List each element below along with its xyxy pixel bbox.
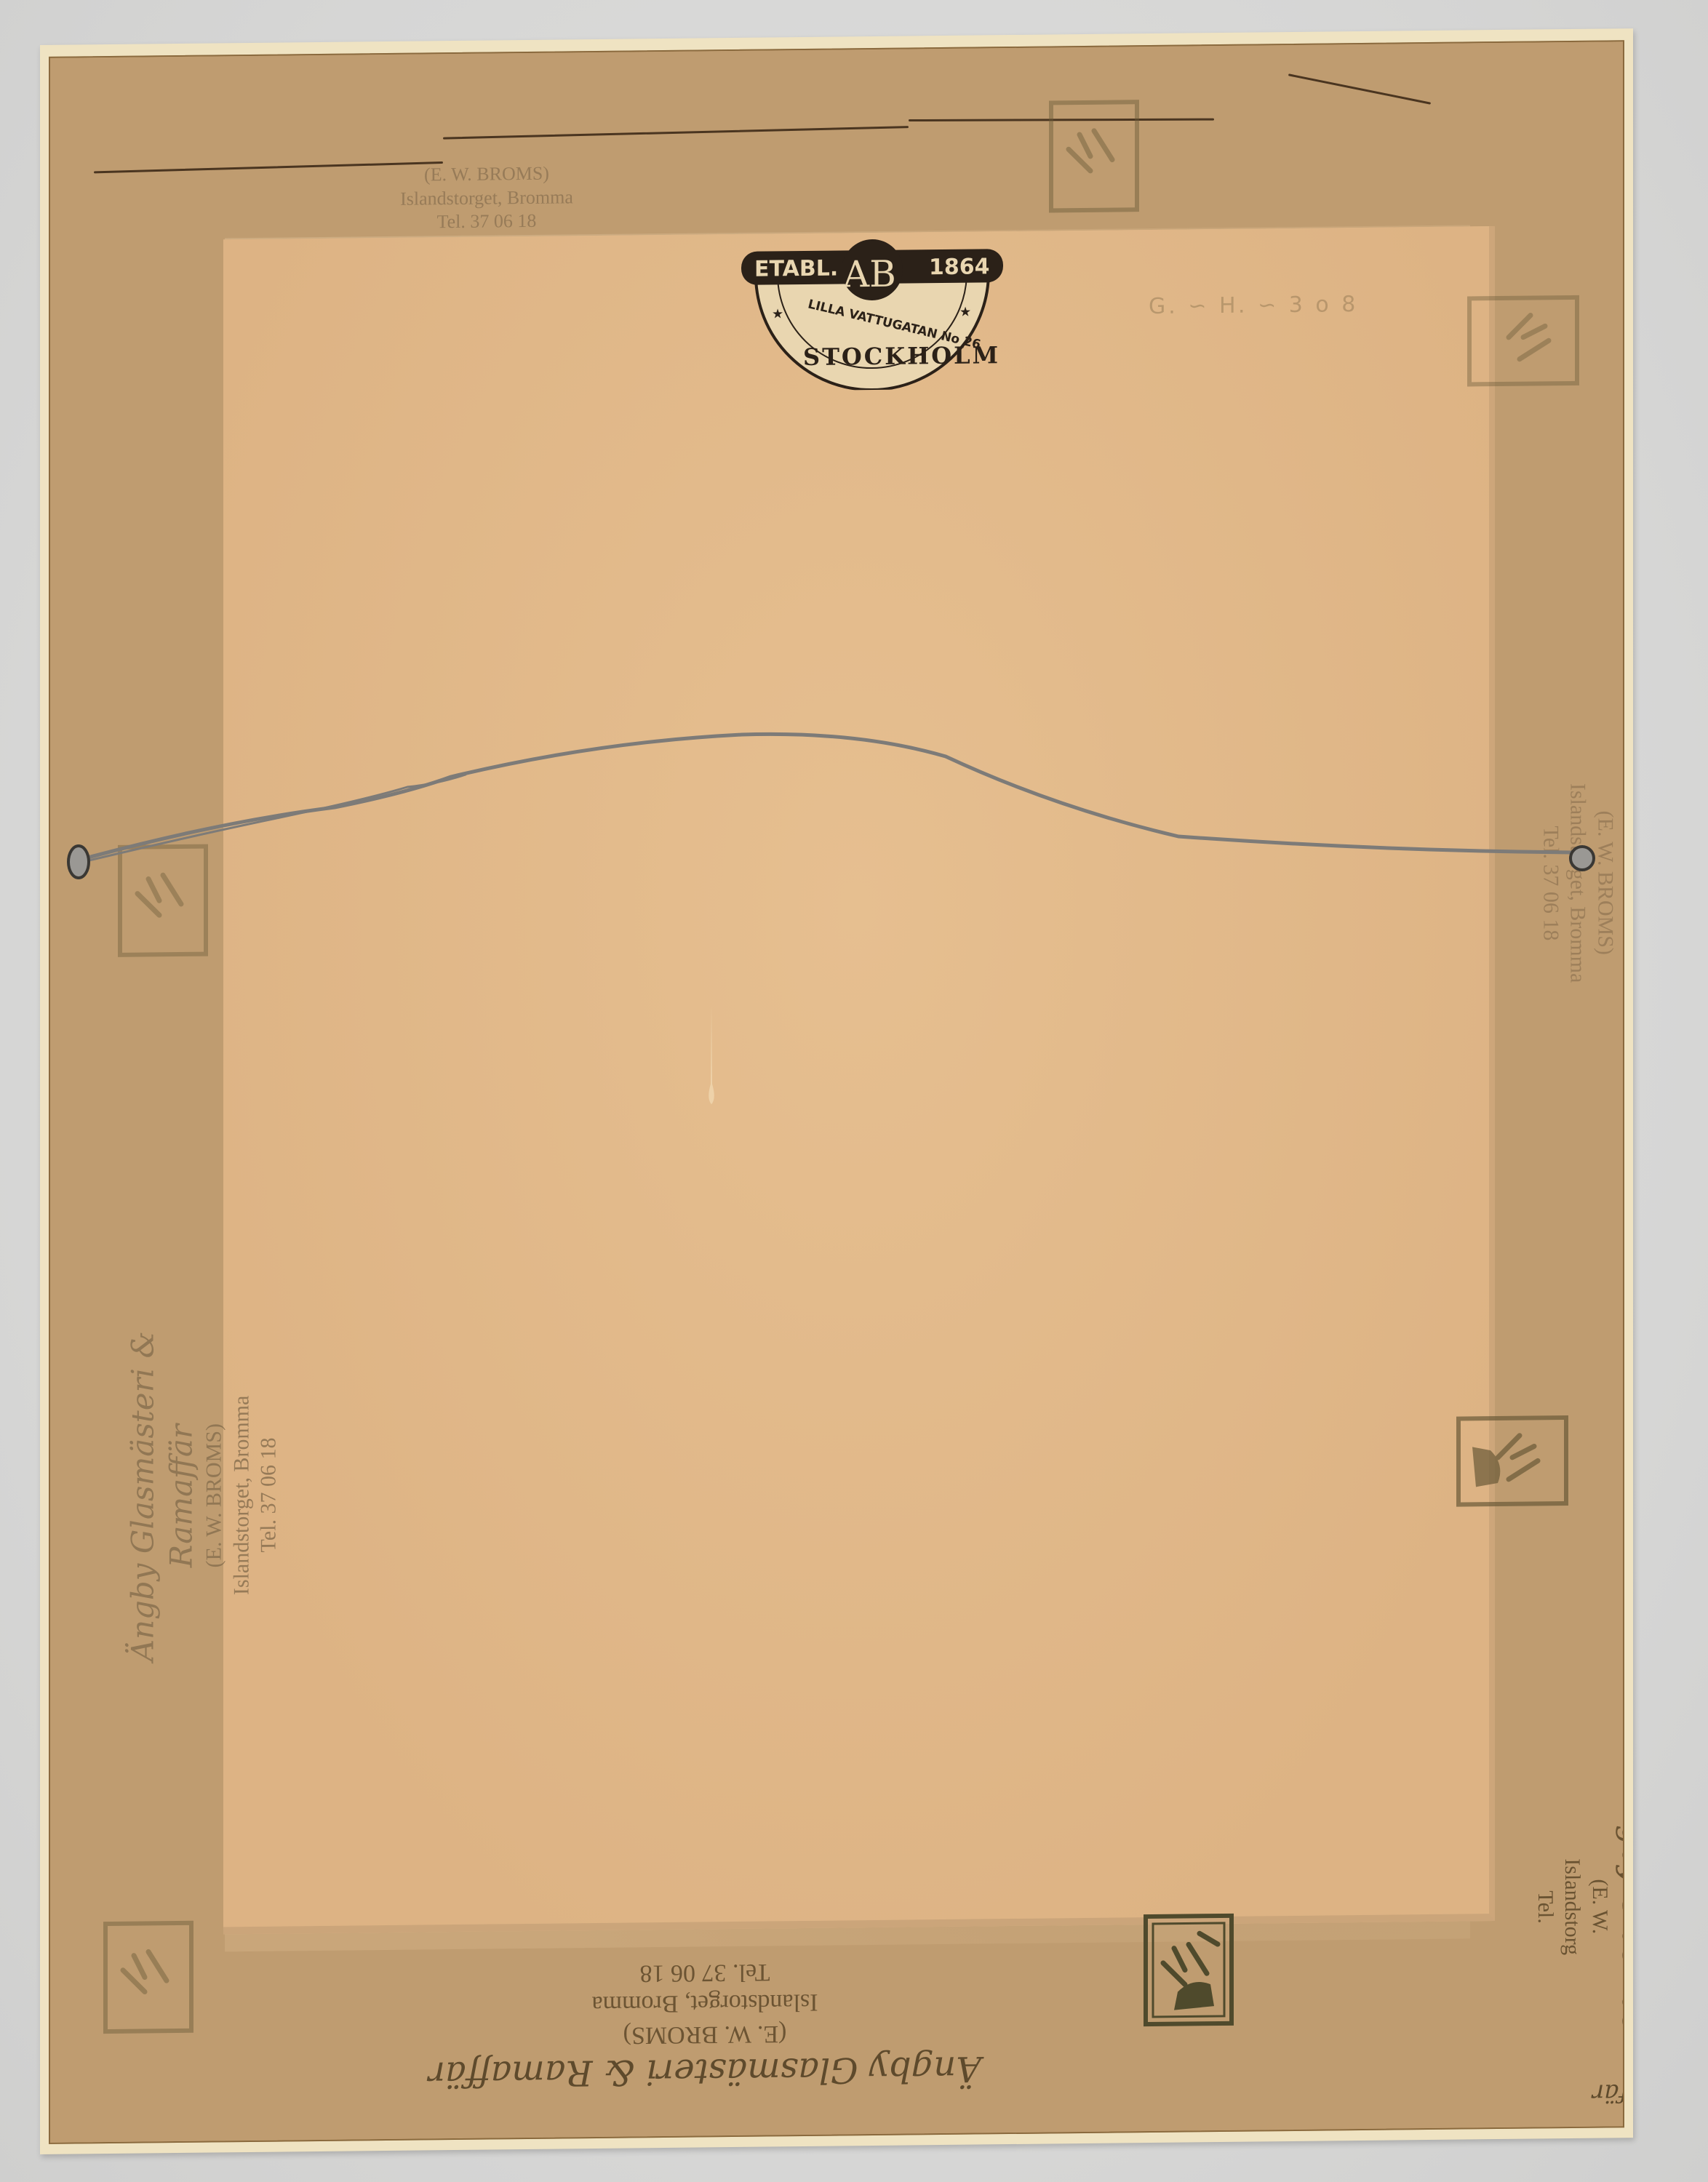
stamp-address: Islandstorg xyxy=(1559,1739,1587,2074)
label-etabl: ETABL. xyxy=(754,256,838,282)
stamp-phone: Tel. 37 06 18 xyxy=(356,209,618,235)
glazier-logo-stamp xyxy=(1141,1911,1236,2029)
glazier-logo-stamp-faded xyxy=(101,1919,196,2036)
left-stamp: Ängby Glasmästeri & Ramaffär (E. W. BROM… xyxy=(124,1291,282,1700)
stamp-phone: Tel. 37 06 18 xyxy=(255,1291,282,1698)
top-faded-stamp: (E. W. BROMS) Islandstorget, Bromma Tel.… xyxy=(356,161,618,235)
backing-board: (E. W. BROMS) Islandstorget, Bromma Tel.… xyxy=(49,40,1624,2144)
stamp-owner: (E. W. BROMS) xyxy=(356,161,618,188)
hand-tool-icon xyxy=(1465,293,1581,389)
svg-text:★: ★ xyxy=(959,305,971,319)
stamp-address: Islandstorget, Bromma xyxy=(356,185,618,211)
hand-tool-icon xyxy=(1047,97,1141,215)
stamp-business: Ängby Glasmästeri & Ramaffär xyxy=(124,1292,200,1700)
stamp-owner: (E. W. BROMS) xyxy=(200,1292,228,1699)
tape-left xyxy=(50,56,225,2143)
glazier-logo-stamp-faded xyxy=(116,842,210,959)
stamp-address: Islandstorget, Bromma xyxy=(228,1292,255,1699)
hand-tool-icon xyxy=(101,1919,196,2036)
drip-stain xyxy=(706,1004,717,1106)
stamp-business: Ängby Glasmästeri & Ramaffär xyxy=(428,2047,981,2096)
hand-tool-icon xyxy=(1454,1413,1571,1509)
pencil-note: G. ∽ H. ∽ 3 o 8 xyxy=(1149,292,1358,319)
framer-label-stockholm: ETABL. 1864 AB LILLA VATTUGATAN No 26 ST… xyxy=(734,228,1010,391)
label-year: 1864 xyxy=(929,254,989,280)
stamp-phone: Tel. 37 06 18 xyxy=(1537,716,1565,1050)
label-monogram: AB xyxy=(842,253,896,296)
stamp-address: Islandstorget, Bromma xyxy=(1564,716,1592,1050)
glazier-logo-stamp-faded xyxy=(1047,97,1141,215)
glazier-logo-stamp-faded xyxy=(1465,293,1581,389)
right-mid-stamp: (E. W. BROMS) Islandstorget, Bromma Tel.… xyxy=(1537,716,1619,1051)
stamp-owner: (E. W. xyxy=(1586,1739,1613,2074)
bottom-stamp: Ängby Glasmästeri & Ramaffär (E. W. BROM… xyxy=(428,1954,981,2095)
svg-text:★: ★ xyxy=(772,306,783,321)
stamp-owner: (E. W. BROMS) xyxy=(1592,716,1619,1050)
label-city: STOCKHOLM xyxy=(803,341,1000,371)
inner-panel xyxy=(223,226,1495,1934)
hand-tool-icon xyxy=(116,842,210,959)
stamp-phone: Tel. xyxy=(1531,1740,1559,2074)
framer-label-badge: ETABL. 1864 AB LILLA VATTUGATAN No 26 ST… xyxy=(734,228,1010,391)
stamp-address: Islandstorget, Bromma xyxy=(428,1985,981,2021)
hand-tool-icon xyxy=(1141,1911,1236,2029)
tape-top xyxy=(50,41,1623,240)
glazier-logo-stamp-faded xyxy=(1454,1413,1571,1509)
right-stamp: Ängby Glasmäs (E. W. Islandstorg Tel. xyxy=(1531,1739,1624,2075)
stamp-business: Ängby Glasmäs xyxy=(1613,1739,1624,2074)
corner-script-fragment: maffär xyxy=(1592,2077,1624,2107)
stamp-phone: Tel. 37 06 18 xyxy=(428,1954,981,1990)
picture-frame-back: (E. W. BROMS) Islandstorget, Bromma Tel.… xyxy=(40,28,1633,2154)
